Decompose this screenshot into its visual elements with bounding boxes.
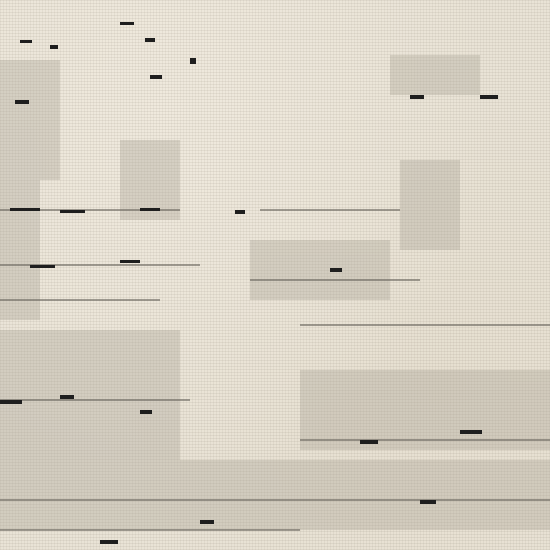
light-hatched-areas xyxy=(0,55,550,530)
distressed-pattern xyxy=(0,0,550,550)
rug-texture-photo xyxy=(0,0,550,550)
